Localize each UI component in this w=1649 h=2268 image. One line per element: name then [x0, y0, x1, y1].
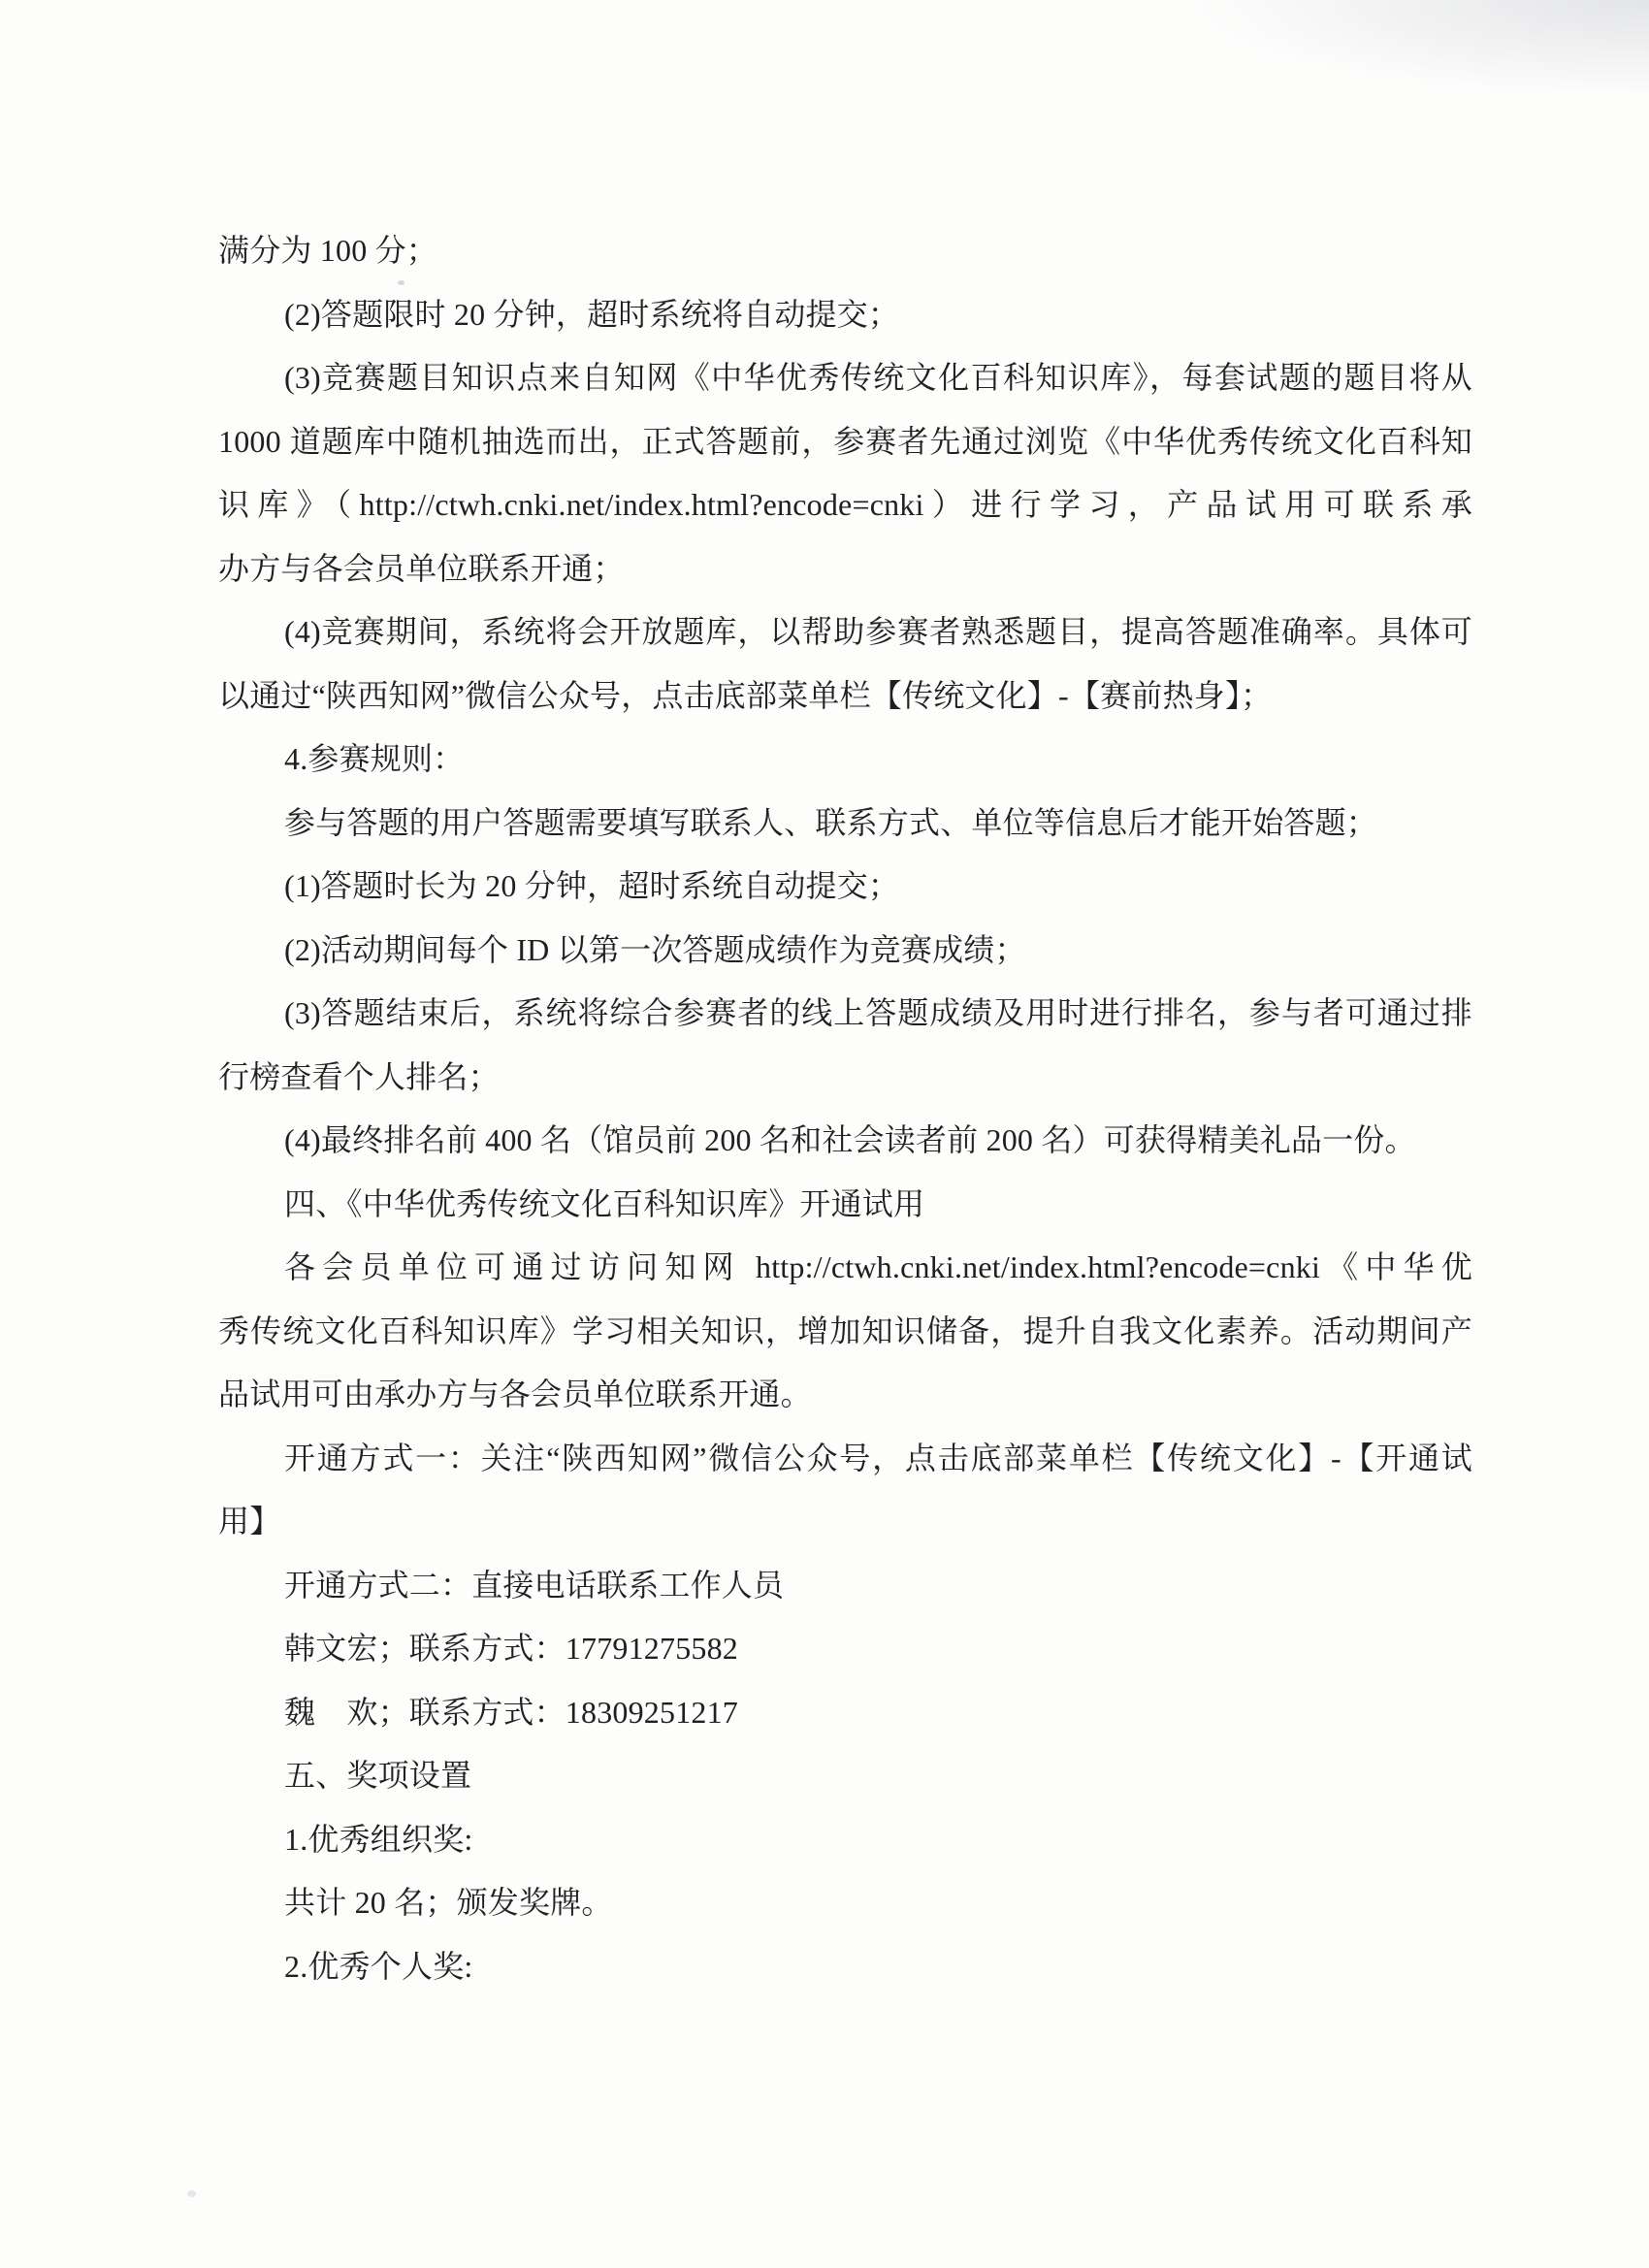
- text-line: 满分为 100 分；: [218, 219, 1472, 283]
- text-line: (2)活动期间每个 ID 以第一次答题成绩作为竞赛成绩；: [218, 919, 1472, 983]
- scanned-document-page: 满分为 100 分； (2)答题限时 20 分钟，超时系统将自动提交； (3)竞…: [0, 0, 1649, 2268]
- text-line: 秀传统文化百科知识库》学习相关知识，增加知识储备，提升自我文化素养。活动期间产: [218, 1300, 1472, 1364]
- text-line: (4)竞赛期间，系统将会开放题库，以帮助参赛者熟悉题目，提高答题准确率。具体可: [218, 600, 1472, 664]
- text-line: 开通方式一：关注“陕西知网”微信公众号，点击底部菜单栏【传统文化】-【开通试: [218, 1427, 1472, 1491]
- text-line: 品试用可由承办方与各会员单位联系开通。: [218, 1363, 1472, 1427]
- text-line: 4.参赛规则：: [218, 728, 1472, 792]
- text-line: (4)最终排名前 400 名（馆员前 200 名和社会读者前 200 名）可获得…: [218, 1109, 1472, 1173]
- document-body-text: 满分为 100 分； (2)答题限时 20 分钟，超时系统将自动提交； (3)竞…: [218, 219, 1472, 1998]
- text-line: 2.优秀个人奖:: [218, 1935, 1472, 1999]
- text-line: 1.优秀组织奖:: [218, 1808, 1472, 1872]
- text-line: (2)答题限时 20 分钟，超时系统将自动提交；: [218, 283, 1472, 347]
- scan-speck: [187, 2190, 196, 2197]
- text-line: (1)答题时长为 20 分钟，超时系统自动提交；: [218, 855, 1472, 919]
- contact-line: 魏 欢；联系方式：18309251217: [218, 1681, 1472, 1745]
- text-line: 共计 20 名；颁发奖牌。: [218, 1871, 1472, 1935]
- section-heading-line: 五、奖项设置: [218, 1744, 1472, 1808]
- text-line: 识库》（http://ctwh.cnki.net/index.html?enco…: [218, 473, 1472, 537]
- text-line: (3)答题结束后，系统将综合参赛者的线上答题成绩及用时进行排名，参与者可通过排: [218, 982, 1472, 1046]
- text-line: 各会员单位可通过访问知网 http://ctwh.cnki.net/index.…: [218, 1236, 1472, 1300]
- text-line: 1000 道题库中随机抽选而出，正式答题前，参赛者先通过浏览《中华优秀传统文化百…: [218, 410, 1472, 474]
- section-heading-line: 四、《中华优秀传统文化百科知识库》开通试用: [218, 1173, 1472, 1237]
- text-line: 用】: [218, 1490, 1472, 1554]
- text-line: 以通过“陕西知网”微信公众号，点击底部菜单栏【传统文化】-【赛前热身】；: [218, 664, 1472, 729]
- text-line: 办方与各会员单位联系开通；: [218, 537, 1472, 601]
- contact-line: 韩文宏；联系方式：17791275582: [218, 1617, 1472, 1681]
- text-line: 参与答题的用户答题需要填写联系人、联系方式、单位等信息后才能开始答题；: [218, 792, 1472, 856]
- text-line: 行榜查看个人排名；: [218, 1046, 1472, 1110]
- text-line: 开通方式二：直接电话联系工作人员: [218, 1554, 1472, 1618]
- text-line: (3)竞赛题目知识点来自知网《中华优秀传统文化百科知识库》，每套试题的题目将从: [218, 346, 1472, 410]
- scan-shade-artifact: [1203, 0, 1649, 97]
